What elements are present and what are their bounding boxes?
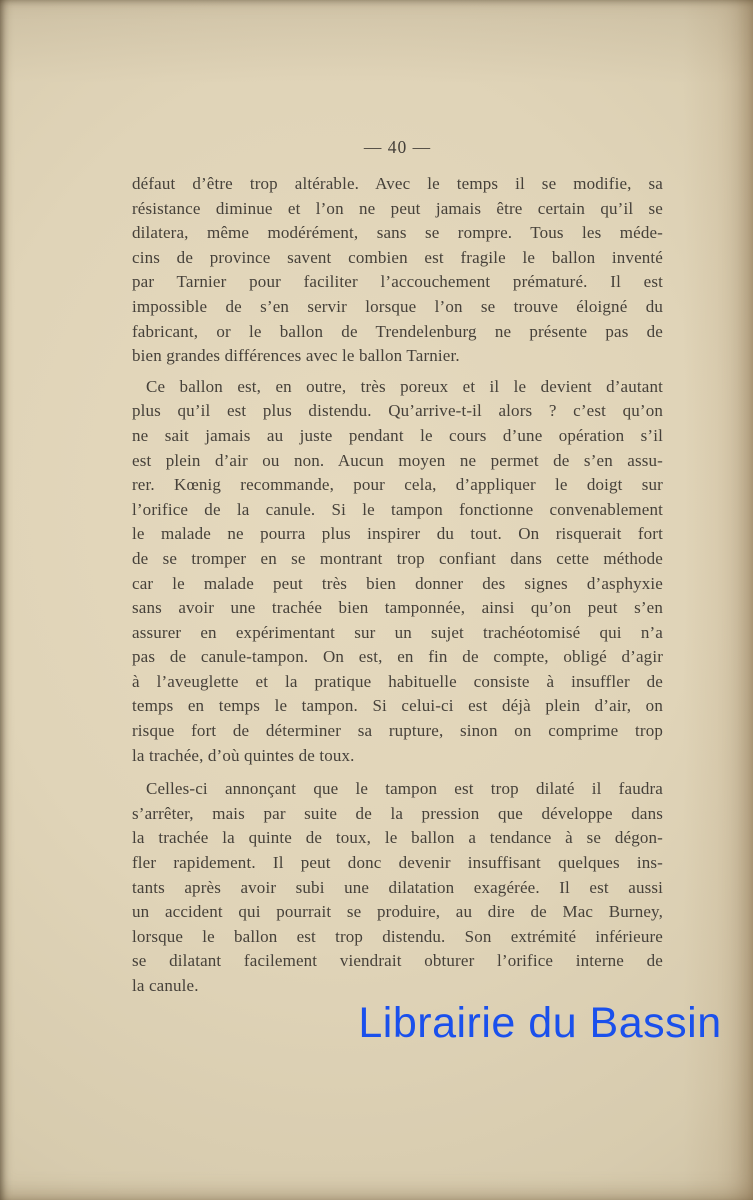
text-line: de se tromper en se montrant trop confia… — [132, 547, 663, 572]
text-line: par Tarnier pour faciliter l’accouchemen… — [132, 270, 663, 295]
paragraph: Celles-ci annonçant que le tampon est tr… — [132, 777, 663, 998]
text-line: est plein d’air ou non. Aucun moyen ne p… — [132, 449, 663, 474]
text-line: fler rapidement. Il peut donc devenir in… — [132, 851, 663, 876]
text-line: dilatera, même modérément, sans se rompr… — [132, 221, 663, 246]
text-line: Celles-ci annonçant que le tampon est tr… — [132, 777, 663, 802]
text-line: s’arrêter, mais par suite de la pression… — [132, 802, 663, 827]
text-line: la trachée, d’où quintes de toux. — [132, 744, 663, 769]
scanned-book-page: — 40 — défaut d’être trop altérable. Ave… — [0, 0, 753, 1200]
text-line: cins de province savent combien est frag… — [132, 246, 663, 271]
text-line: rer. Kœnig recommande, pour cela, d’appl… — [132, 473, 663, 498]
text-line: temps en temps le tampon. Si celui-ci es… — [132, 694, 663, 719]
text-line: pas de canule-tampon. On est, en fin de … — [132, 645, 663, 670]
page-number: — 40 — — [132, 136, 663, 158]
text-line: défaut d’être trop altérable. Avec le te… — [132, 172, 663, 197]
text-line: car le malade peut très bien donner des … — [132, 572, 663, 597]
text-line: impossible de s’en servir lorsque l’on s… — [132, 295, 663, 320]
text-block: — 40 — défaut d’être trop altérable. Ave… — [132, 136, 663, 999]
text-line: assurer en expérimentant sur un sujet tr… — [132, 621, 663, 646]
text-line: la trachée la quinte de toux, le ballon … — [132, 826, 663, 851]
text-line: plus qu’il est plus distendu. Qu’arrive-… — [132, 399, 663, 424]
text-line: le malade ne pourra plus inspirer du tou… — [132, 522, 663, 547]
text-line: résistance diminue et l’on ne peut jamai… — [132, 197, 663, 222]
text-line: la canule. — [132, 974, 663, 999]
text-line: lorsque le ballon est trop distendu. Son… — [132, 925, 663, 950]
text-line: Ce ballon est, en outre, très poreux et … — [132, 375, 663, 400]
text-line: sans avoir une trachée bien tamponnée, a… — [132, 596, 663, 621]
bookseller-watermark: Librairie du Bassin — [358, 999, 721, 1048]
text-line: à l’aveuglette et la pratique habituelle… — [132, 670, 663, 695]
text-line: bien grandes différences avec le ballon … — [132, 344, 663, 369]
text-line: risque fort de déterminer sa rupture, si… — [132, 719, 663, 744]
text-line: fabricant, or le ballon de Trendelenburg… — [132, 320, 663, 345]
text-line: ne sait jamais au juste pendant le cours… — [132, 424, 663, 449]
text-line: tants après avoir subi une dilatation ex… — [132, 876, 663, 901]
text-line: l’orifice de la canule. Si le tampon fon… — [132, 498, 663, 523]
paragraph: Ce ballon est, en outre, très poreux et … — [132, 375, 663, 769]
text-line: se dilatant facilement viendrait obturer… — [132, 949, 663, 974]
paragraph: défaut d’être trop altérable. Avec le te… — [132, 172, 663, 369]
text-line: un accident qui pourrait se produire, au… — [132, 900, 663, 925]
